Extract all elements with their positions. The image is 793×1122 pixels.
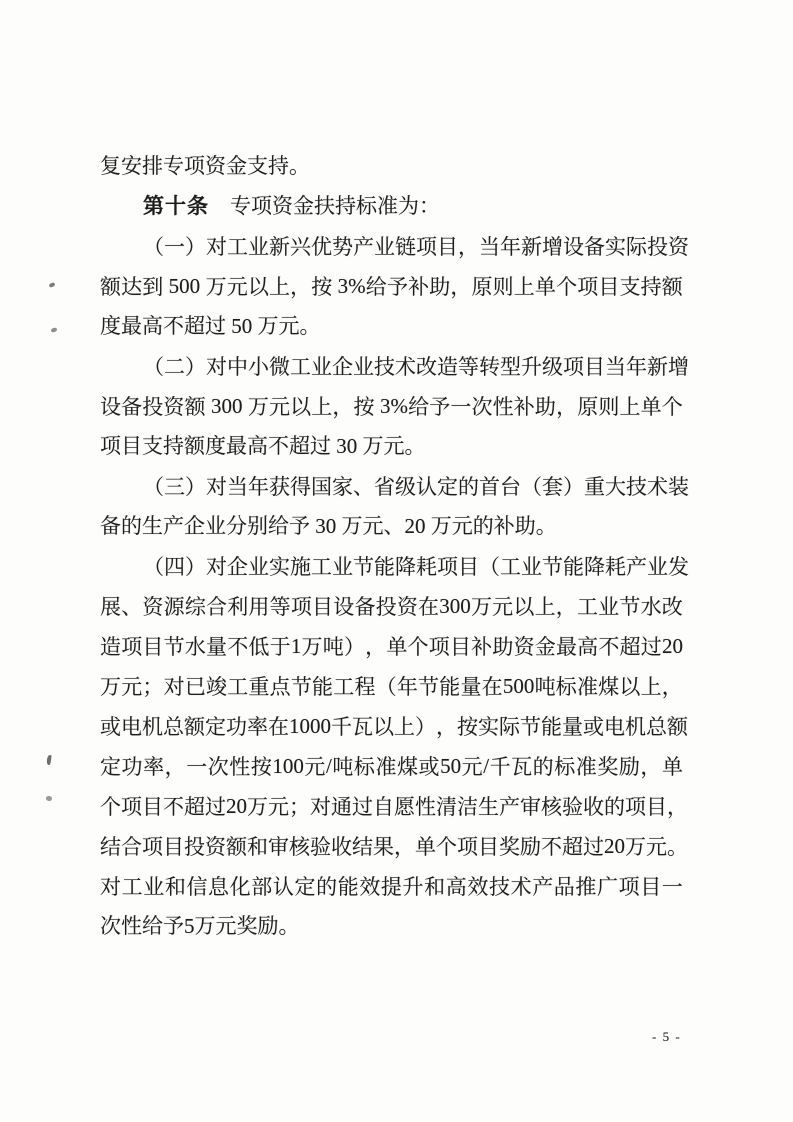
text-line: 次性给予5万元奖励。 [100, 906, 683, 946]
paragraph-item-1: （一）对工业新兴优势产业链项目，当年新增设备实际投资额达到 500 万元以上，按… [100, 226, 683, 346]
line-text: 项目支持额度最高不超过 30 万元。 [100, 434, 426, 458]
article-number-bold: 第十条 [143, 194, 209, 218]
text-line: 定功率，一次性按100元/吨标准煤或50元/千瓦的标准奖励，单 [100, 746, 683, 786]
text-line: 度最高不超过 50 万元。 [100, 306, 683, 346]
paragraph-item-2: （二）对中小微工业企业技术改造等转型升级项目当年新增设备投资额 300 万元以上… [100, 346, 683, 466]
text-line: 第十条 专项资金扶持标准为： [100, 186, 683, 226]
text-line: 复安排专项资金支持。 [100, 146, 683, 186]
text-line: 展、资源综合利用等项目设备投资在300万元以上，工业节水改 [100, 586, 683, 626]
text-line: 设备投资额 300 万元以上，按 3%给予一次性补助，原则上单个 [100, 386, 683, 426]
text-line: 额达到 500 万元以上，按 3%给予补助，原则上单个项目支持额 [100, 266, 683, 306]
scan-artifact [51, 327, 58, 332]
text-line: 万元；对已竣工重点节能工程（年节能量在500吨标准煤以上， [100, 666, 683, 706]
document-body: 复安排专项资金支持。第十条 专项资金扶持标准为：（一）对工业新兴优势产业链项目，… [100, 146, 683, 946]
text-line: 或电机总额定功率在1000千瓦以上），按实际节能量或电机总额 [100, 706, 683, 746]
text-line: （一）对工业新兴优势产业链项目，当年新增设备实际投资 [100, 226, 683, 266]
line-text: 复安排专项资金支持。 [100, 154, 310, 178]
text-line: 结合项目投资额和审核验收结果，单个项目奖励不超过20万元。 [100, 826, 683, 866]
document-page: 复安排专项资金支持。第十条 专项资金扶持标准为：（一）对工业新兴优势产业链项目，… [0, 0, 793, 1122]
paragraph-item-4: （四）对企业实施工业节能降耗项目（工业节能降耗产业发展、资源综合利用等项目设备投… [100, 546, 683, 946]
line-text: 次性给予5万元奖励。 [100, 914, 300, 938]
scan-artifact [46, 755, 51, 765]
text-line: 对工业和信息化部认定的能效提升和高效技术产品推广项目一 [100, 866, 683, 906]
page-number: - 5 - [652, 1029, 712, 1045]
text-line: （三）对当年获得国家、省级认定的首台（套）重大技术装 [100, 466, 683, 506]
text-line: 造项目节水量不低于1万吨），单个项目补助资金最高不超过20 [100, 626, 683, 666]
line-text: 度最高不超过 50 万元。 [100, 314, 321, 338]
scan-artifact [45, 795, 52, 802]
text-line: 个项目不超过20万元；对通过自愿性清洁生产审核验收的项目， [100, 786, 683, 826]
paragraph-continuation-line: 复安排专项资金支持。 [100, 146, 683, 186]
text-line: （二）对中小微工业企业技术改造等转型升级项目当年新增 [100, 346, 683, 386]
line-text: 备的生产企业分别给予 30 万元、20 万元的补助。 [100, 514, 557, 538]
text-line: 项目支持额度最高不超过 30 万元。 [100, 426, 683, 466]
paragraph-article-10-heading: 第十条 专项资金扶持标准为： [100, 186, 683, 226]
paragraph-item-3: （三）对当年获得国家、省级认定的首台（套）重大技术装备的生产企业分别给予 30 … [100, 466, 683, 546]
scan-artifact [49, 282, 56, 288]
line-text: 专项资金扶持标准为： [209, 194, 440, 218]
text-line: 备的生产企业分别给予 30 万元、20 万元的补助。 [100, 506, 683, 546]
text-line: （四）对企业实施工业节能降耗项目（工业节能降耗产业发 [100, 546, 683, 586]
